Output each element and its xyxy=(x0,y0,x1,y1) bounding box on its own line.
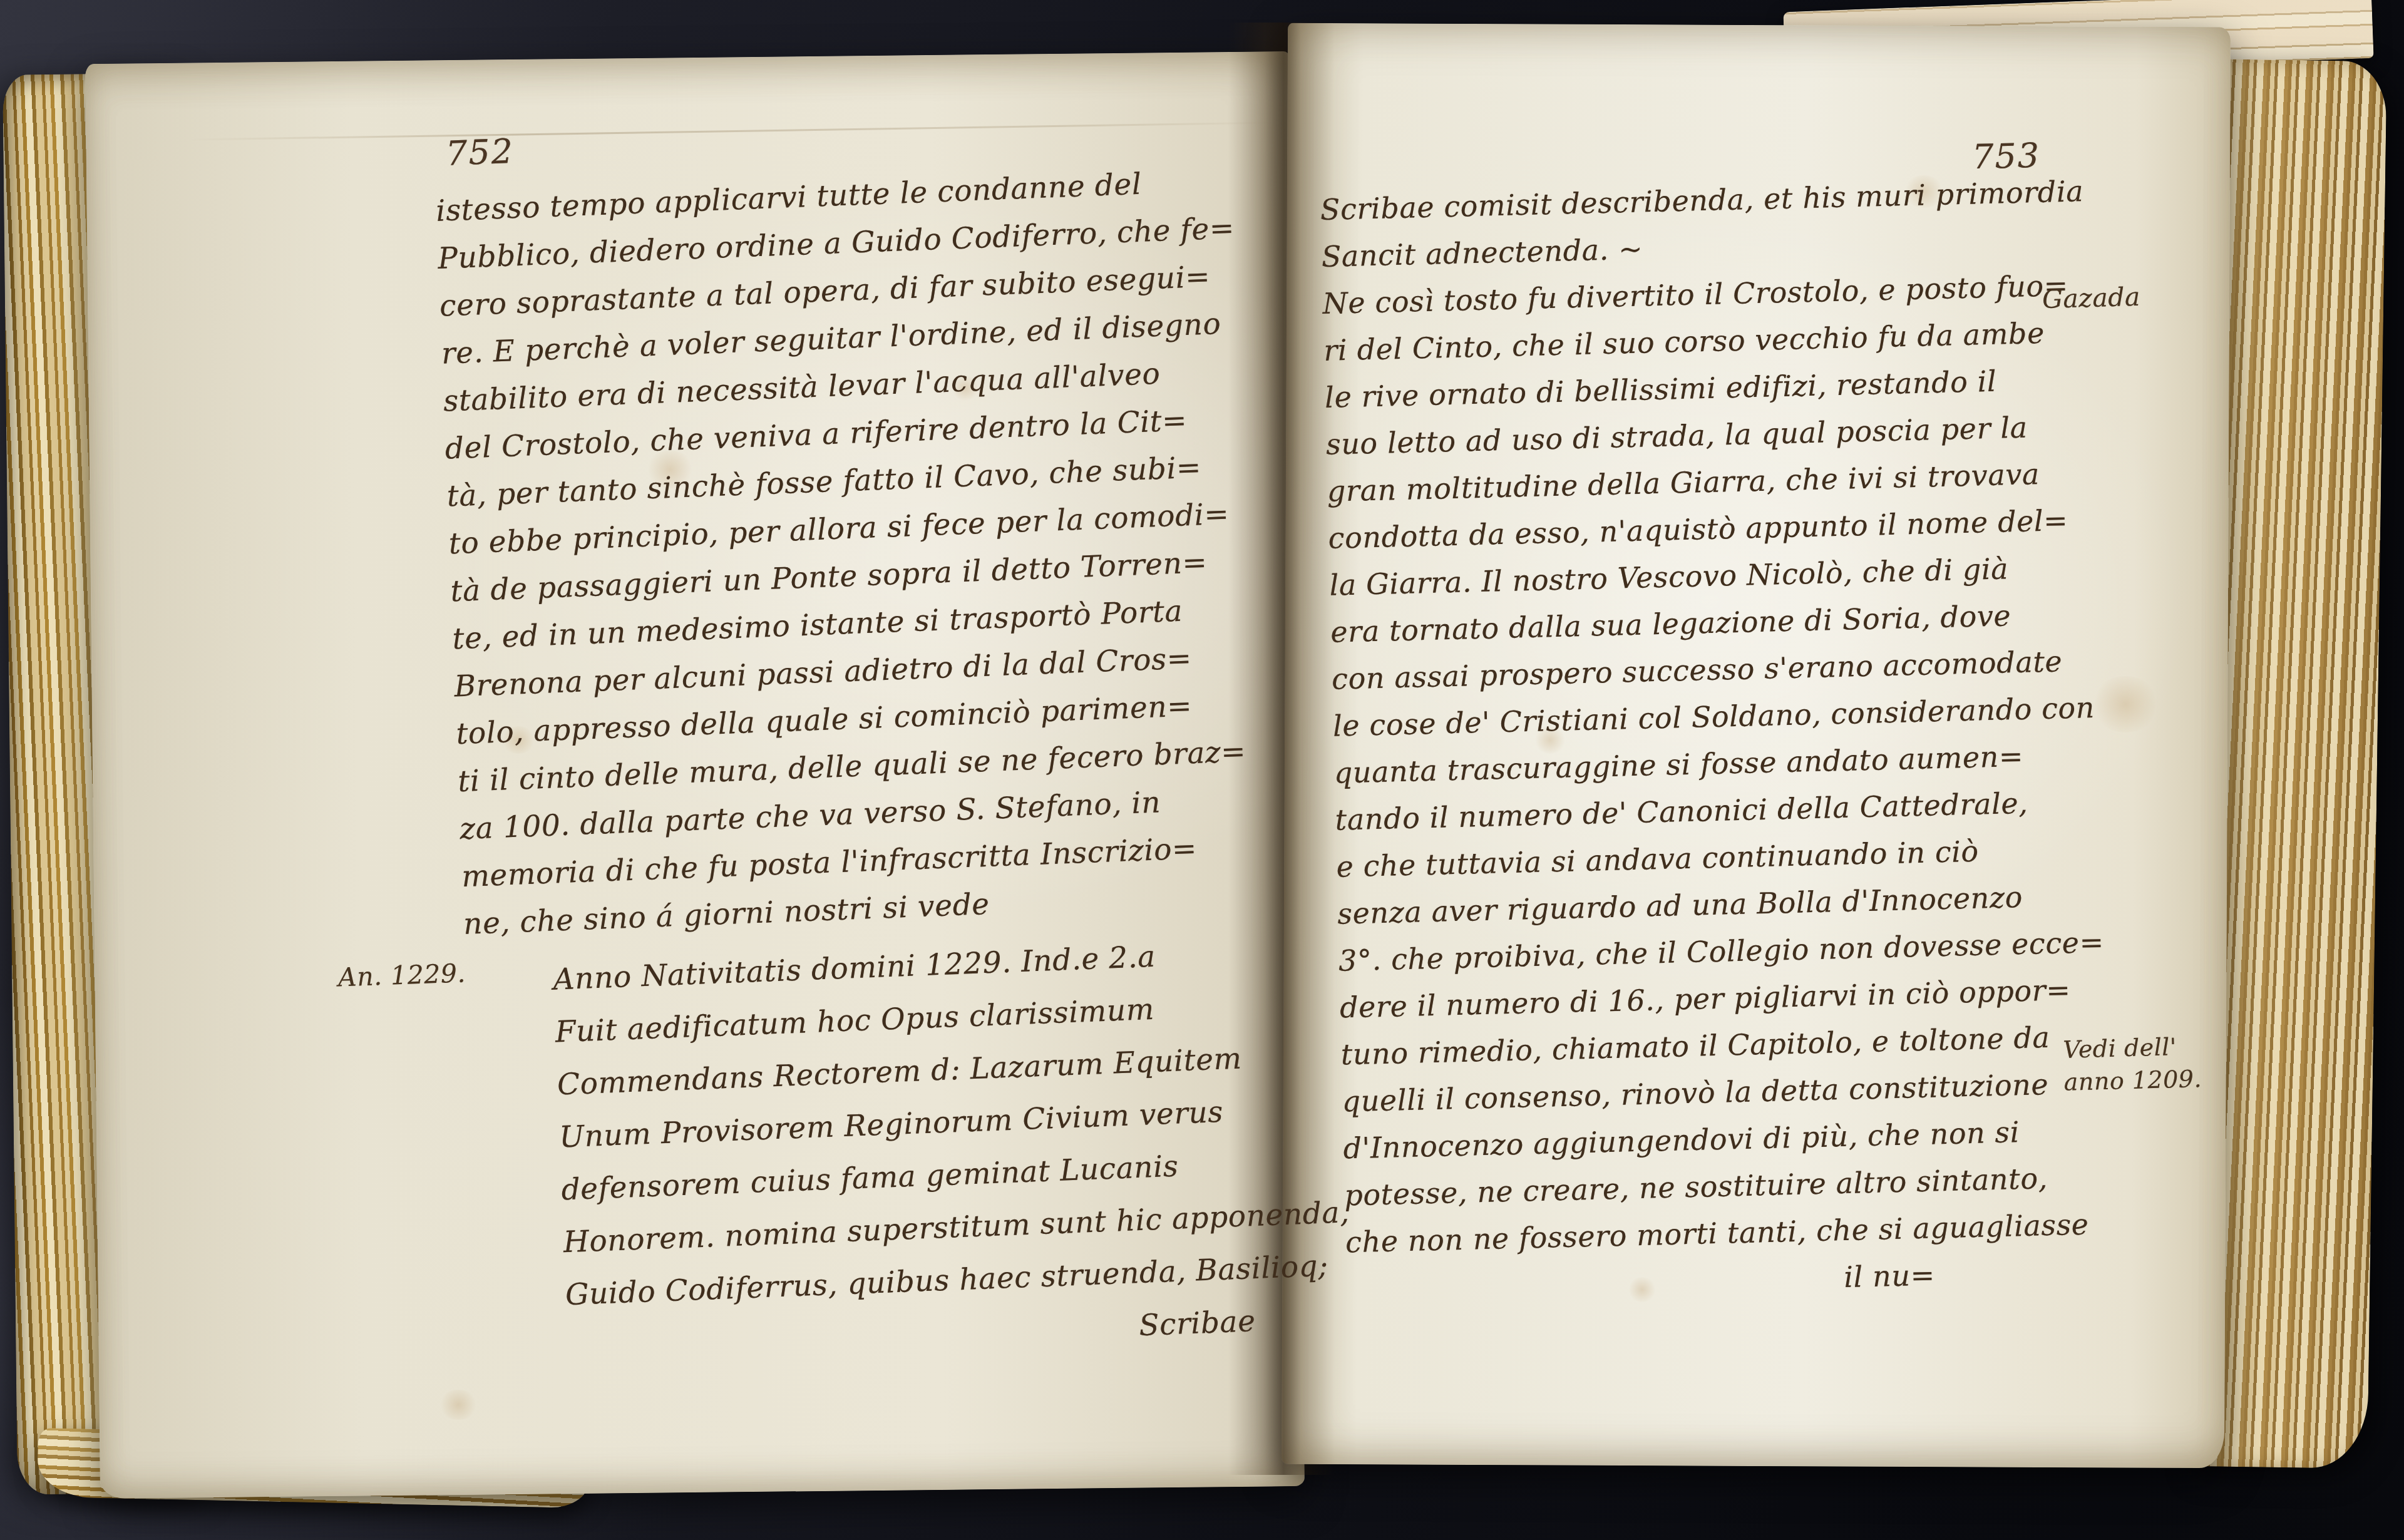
left-margin-note-year: An. 1229. xyxy=(337,958,466,992)
manuscript-photo: 752 753 istesso tempo applicarvi tutte l… xyxy=(0,0,2404,1540)
right-page-text: Scribae comisit describenda, et his muri… xyxy=(1320,167,2155,1313)
right-margin-note-gazada: Gazada xyxy=(2042,282,2140,314)
right-margin-note-vedi-line2: anno 1209. xyxy=(2063,1062,2202,1099)
left-page-text: istesso tempo applicarvi tutte le condan… xyxy=(435,154,1357,1377)
right-margin-note-vedi-line1: Vedi dell' xyxy=(2063,1030,2202,1066)
foxing-spot xyxy=(438,1390,478,1420)
left-page-number: 752 xyxy=(445,131,515,173)
right-margin-note-vedi: Vedi dell' anno 1209. xyxy=(2063,1030,2202,1099)
